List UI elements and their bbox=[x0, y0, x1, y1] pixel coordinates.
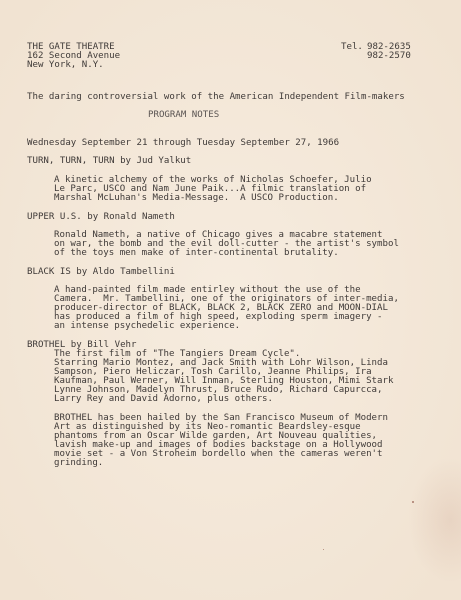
film-description-line: Larry Rey and David Adorno, plus others. bbox=[54, 395, 273, 404]
film-description-line: movie set - a Von Stroheim bordello when… bbox=[54, 450, 383, 459]
tel-label: Tel. bbox=[341, 43, 363, 52]
film-description-line: Marshal McLuhan's Media-Message. A USCO … bbox=[54, 194, 339, 203]
theatre-city: New York, N.Y. bbox=[27, 61, 104, 70]
film-description-line: grinding. bbox=[54, 459, 103, 468]
film-description-line: an intense psychedelic experience. bbox=[54, 322, 240, 331]
tagline: The daring controversial work of the Ame… bbox=[27, 93, 405, 102]
paper-speck bbox=[323, 549, 324, 550]
film-title: UPPER U.S. by Ronald Nameth bbox=[27, 213, 175, 222]
film-title: TURN, TURN, TURN by Jud Yalkut bbox=[27, 157, 191, 166]
film-description-line: of the toys men make of inter-continenta… bbox=[54, 249, 339, 258]
screening-dates: Wednesday September 21 through Tuesday S… bbox=[27, 139, 339, 148]
program-notes-heading: PROGRAM NOTES bbox=[148, 111, 219, 120]
film-title: BLACK IS by Aldo Tambellini bbox=[27, 268, 175, 277]
phone-number-2: 982-2570 bbox=[367, 52, 411, 61]
paper-speck bbox=[412, 501, 414, 503]
